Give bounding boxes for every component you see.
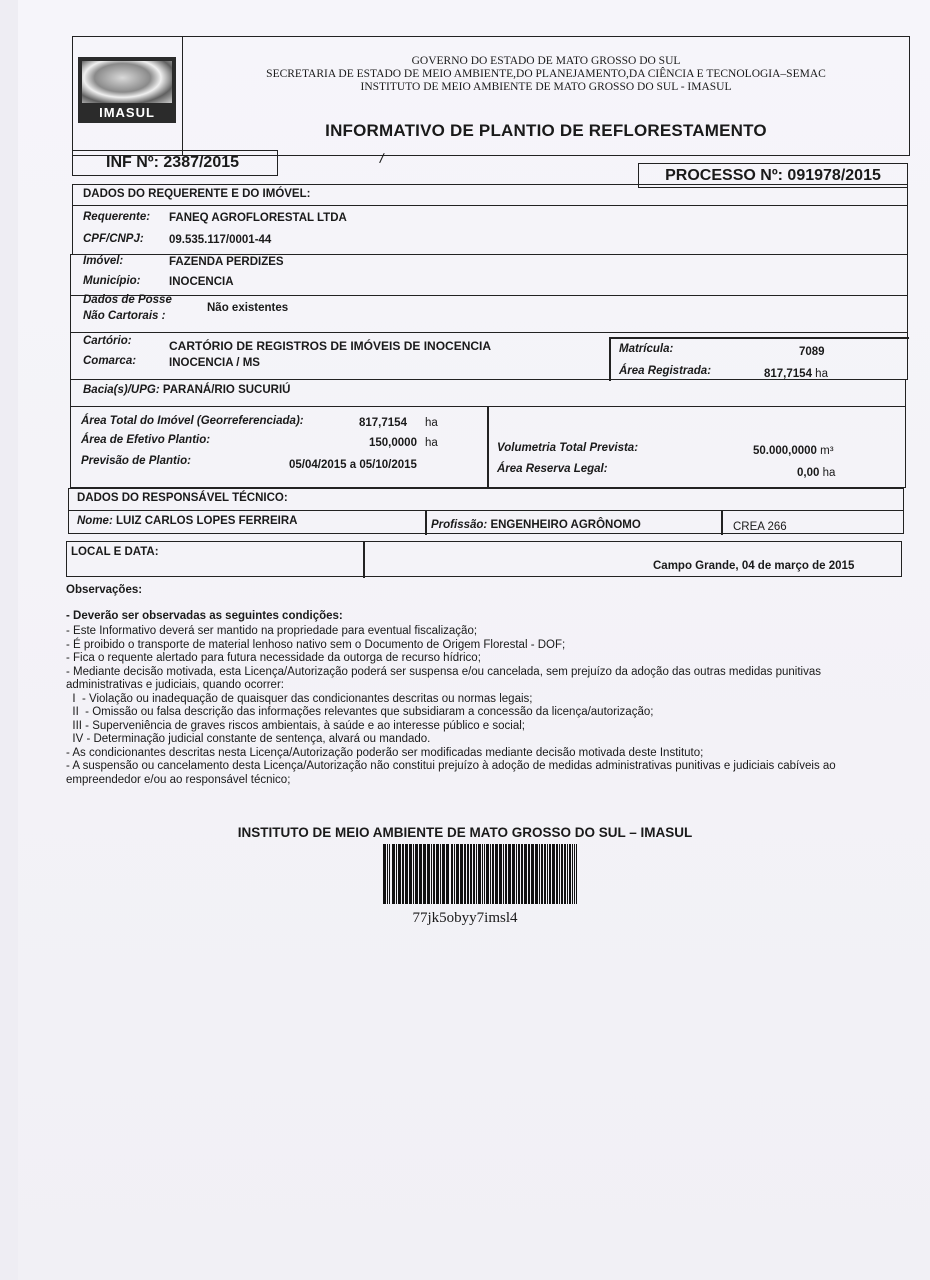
areas-box: Área Total do Imóvel (Georreferenciada):… [70, 406, 906, 488]
imovel-label: Imóvel: [83, 255, 123, 267]
observacoes-subtitle: - Deverão ser observadas as seguintes co… [66, 610, 896, 624]
barcode-icon [383, 844, 577, 904]
observacao-item: - As condicionantes descritas nesta Lice… [66, 747, 896, 761]
inf-number: INF Nº: 2387/2015 [72, 150, 278, 176]
local-data-value: Campo Grande, 04 de março de 2015 [653, 560, 854, 572]
cell-divider [363, 542, 365, 578]
posse-label-2: Não Cartorais : [83, 310, 165, 322]
area-plantio-label: Área de Efetivo Plantio: [81, 434, 210, 446]
volumetria-label: Volumetria Total Prevista: [497, 442, 638, 454]
observacoes: Observações: - Deverão ser observadas as… [66, 584, 896, 787]
logo-wave-icon [82, 61, 172, 103]
observacao-item: - Mediante decisão motivada, esta Licenç… [66, 666, 896, 693]
area-total-value: 817,7154 [359, 417, 407, 429]
cartorio-label: Cartório: [83, 335, 132, 347]
profissao-value: ENGENHEIRO AGRÔNOMO [490, 519, 640, 531]
requerente-value: FANEQ AGROFLORESTAL LTDA [169, 212, 347, 224]
cpf-label: CPF/CNPJ: [83, 233, 144, 245]
comarca-label: Comarca: [83, 355, 136, 367]
comarca-value: INOCENCIA / MS [169, 357, 260, 369]
volumetria-unit: m³ [820, 445, 833, 457]
header-box: IMASUL GOVERNO DO ESTADO DE MATO GROSSO … [72, 36, 910, 156]
nome-value: LUIZ CARLOS LOPES FERREIRA [116, 515, 297, 527]
municipio-label: Município: [83, 275, 141, 287]
bacia-row: Bacia(s)/UPG: PARANÁ/RIO SUCURIÚ [70, 379, 906, 407]
previsao-label: Previsão de Plantio: [81, 455, 191, 467]
logo-text: IMASUL [82, 105, 172, 120]
matricula-label: Matrícula: [619, 343, 673, 355]
bacia-label: Bacia(s)/UPG: [83, 384, 160, 396]
imovel-value: FAZENDA PERDIZES [169, 256, 284, 268]
matricula-value: 7089 [799, 346, 825, 358]
bacia: Bacia(s)/UPG: PARANÁ/RIO SUCURIÚ [83, 384, 290, 396]
cell-divider [721, 511, 723, 535]
nome-label: Nome: [77, 515, 113, 527]
posse-value: Não existentes [207, 302, 288, 314]
imovel-row: Imóvel: FAZENDA PERDIZES Município: INOC… [70, 254, 908, 296]
document-title: INFORMATIVO DE PLANTIO DE REFLORESTAMENT… [183, 121, 909, 141]
crea-value: CREA 266 [733, 521, 787, 533]
local-data-row: LOCAL E DATA: Campo Grande, 04 de março … [66, 541, 902, 577]
observacao-item: - É proibido o transporte de material le… [66, 639, 896, 653]
government-header: GOVERNO DO ESTADO DE MATO GROSSO DO SUL … [183, 55, 909, 94]
institute-footer: INSTITUTO DE MEIO AMBIENTE DE MATO GROSS… [0, 825, 930, 840]
cell-divider [611, 337, 909, 339]
local-data-label: LOCAL E DATA: [71, 546, 159, 558]
imasul-logo: IMASUL [78, 57, 176, 123]
barcode-text: 77jk5obyy7imsl4 [0, 910, 930, 927]
responsavel-section-header: DADOS DO RESPONSÁVEL TÉCNICO: [68, 488, 904, 511]
volumetria: 50.000,0000 m³ [753, 445, 834, 457]
section-title: DADOS DO REQUERENTE E DO IMÓVEL: [83, 188, 310, 200]
observacao-item: III - Superveniência de graves riscos am… [66, 720, 896, 734]
area-total-unit: ha [425, 417, 438, 429]
posse-label-1: Dados de Posse [83, 294, 172, 306]
municipio-value: INOCENCIA [169, 276, 234, 288]
previsao-value: 05/04/2015 a 05/10/2015 [289, 459, 417, 471]
area-registrada-label: Área Registrada: [619, 365, 711, 377]
reserva-unit: ha [823, 467, 836, 479]
observacao-item: - Este Informativo deverá ser mantido na… [66, 625, 896, 639]
reserva-label: Área Reserva Legal: [497, 463, 608, 475]
cartorio-row: Cartório: CARTÓRIO DE REGISTROS DE IMÓVE… [70, 332, 908, 380]
observacao-item: - A suspensão ou cancelamento desta Lice… [66, 760, 896, 787]
observacoes-title: Observações: [66, 584, 896, 598]
observacao-item: IV - Determinação judicial constante de … [66, 733, 896, 747]
area-plantio-value: 150,0000 [369, 437, 417, 449]
logo-cell: IMASUL [73, 37, 183, 155]
responsavel-row: Nome: LUIZ CARLOS LOPES FERREIRA Profiss… [68, 510, 904, 534]
observacao-item: II - Omissão ou falsa descrição das info… [66, 706, 896, 720]
requerente-section-header: DADOS DO REQUERENTE E DO IMÓVEL: [72, 184, 908, 206]
cell-divider [609, 337, 611, 381]
section-title: DADOS DO RESPONSÁVEL TÉCNICO: [77, 492, 288, 504]
gov-line-3: INSTITUTO DE MEIO AMBIENTE DE MATO GROSS… [183, 81, 909, 94]
area-total-label: Área Total do Imóvel (Georreferenciada): [81, 415, 304, 427]
observacao-item: I - Violação ou inadequação de quaisquer… [66, 693, 896, 707]
observacao-item: - Fica o requente alertado para futura n… [66, 652, 896, 666]
posse-row: Dados de Posse Não Cartorais : Não exist… [70, 295, 908, 333]
cpf-value: 09.535.117/0001-44 [169, 234, 271, 246]
requerente-label: Requerente: [83, 211, 150, 223]
bacia-value: PARANÁ/RIO SUCURIÚ [163, 384, 291, 396]
area-plantio-unit: ha [425, 437, 438, 449]
profissao: Profissão: ENGENHEIRO AGRÔNOMO [431, 519, 641, 531]
cartorio-value: CARTÓRIO DE REGISTROS DE IMÓVEIS DE INOC… [169, 339, 491, 353]
volumetria-value: 50.000,0000 [753, 445, 817, 457]
requerente-row: Requerente: FANEQ AGROFLORESTAL LTDA CPF… [72, 205, 908, 255]
reserva-value: 0,00 [797, 467, 819, 479]
nome: Nome: LUIZ CARLOS LOPES FERREIRA [77, 515, 297, 527]
gov-line-1: GOVERNO DO ESTADO DE MATO GROSSO DO SUL [183, 55, 909, 68]
cell-divider [425, 511, 427, 535]
gov-line-2: SECRETARIA DE ESTADO DE MEIO AMBIENTE,DO… [183, 68, 909, 81]
reserva: 0,00 ha [797, 467, 835, 479]
cell-divider [487, 407, 489, 487]
profissao-label: Profissão: [431, 519, 487, 531]
